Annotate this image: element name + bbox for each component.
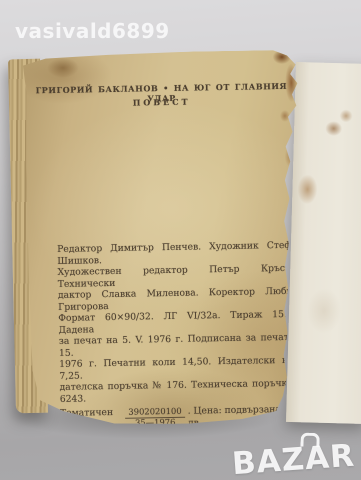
paper-stain: [47, 58, 79, 79]
paper-stain: [339, 109, 352, 122]
book-back-page: [286, 62, 361, 424]
book-product-photo: vasivald6899 ГРИГОРИЙ БАКЛАНОВ • НА ЮГ О…: [0, 0, 361, 480]
torn-edge-mark: [273, 50, 291, 64]
paper-stain: [297, 174, 318, 205]
paper-stain: [306, 287, 341, 334]
shopping-bag-handle-icon: [300, 432, 319, 447]
seller-watermark: vasivald6899: [15, 19, 170, 43]
bazar-marketplace-logo: BAZAR: [231, 438, 356, 480]
book-colophon-page: ГРИГОРИЙ БАКЛАНОВ • НА ЮГ ОТ ГЛАВНИЯ УДА…: [23, 50, 313, 427]
colophon-line: дателска поръчка № 176. Техническа поръч…: [59, 378, 305, 405]
paper-stain: [325, 121, 342, 136]
torn-edge-mark: [280, 110, 290, 122]
bazar-logo-text: BAZAR: [231, 438, 356, 480]
